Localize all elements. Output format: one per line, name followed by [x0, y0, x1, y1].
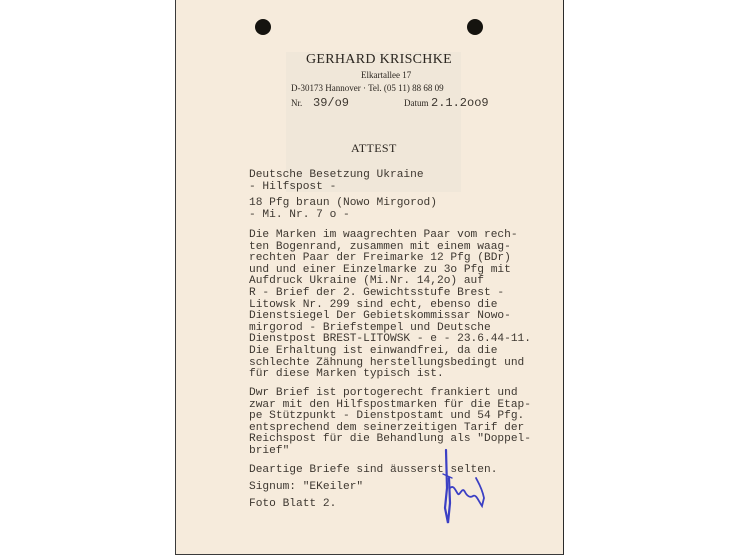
punch-hole-right: [467, 19, 483, 35]
letterhead-city-phone: D-30173 Hannover · Tel. (05 11) 88 68 09: [291, 83, 444, 93]
document-title: ATTEST: [351, 141, 397, 156]
text-line: Die Erhaltung ist einwandfrei, da die: [249, 346, 531, 358]
letterhead-street: Elkartallee 17: [361, 70, 411, 80]
handwritten-signature: [438, 448, 498, 533]
subject-block: Deutsche Besetzung Ukraine- Hilfspost -1…: [249, 170, 437, 221]
subject-line: - Mi. Nr. 7 o -: [249, 210, 437, 222]
text-line: Dienstsiegel Der Gebietskommissar Nowo-: [249, 311, 531, 323]
letterhead-name: GERHARD KRISCHKE: [306, 52, 452, 68]
nr-label: Nr.: [291, 98, 302, 108]
subject-line: - Hilfspost -: [249, 182, 437, 194]
punch-hole-left: [255, 19, 271, 35]
paragraph-authenticity: Die Marken im waagrechten Paar vom rech-…: [249, 230, 531, 381]
text-line: Dwr Brief ist portogerecht frankiert und: [249, 388, 531, 400]
text-line: für diese Marken typisch ist.: [249, 369, 531, 381]
datum-value: 2.1.2oo9: [431, 96, 489, 110]
subject-line: Deutsche Besetzung Ukraine: [249, 170, 437, 182]
datum-label: Datum: [404, 98, 429, 108]
text-line: Reichspost für die Behandlung als "Doppe…: [249, 434, 531, 446]
nr-value: 39/o9: [313, 96, 349, 110]
text-line: R - Brief der 2. Gewichtsstufe Brest -: [249, 288, 531, 300]
certificate-page: GERHARD KRISCHKE Elkartallee 17 D-30173 …: [175, 0, 564, 555]
text-line: Die Marken im waagrechten Paar vom rech-: [249, 230, 531, 242]
